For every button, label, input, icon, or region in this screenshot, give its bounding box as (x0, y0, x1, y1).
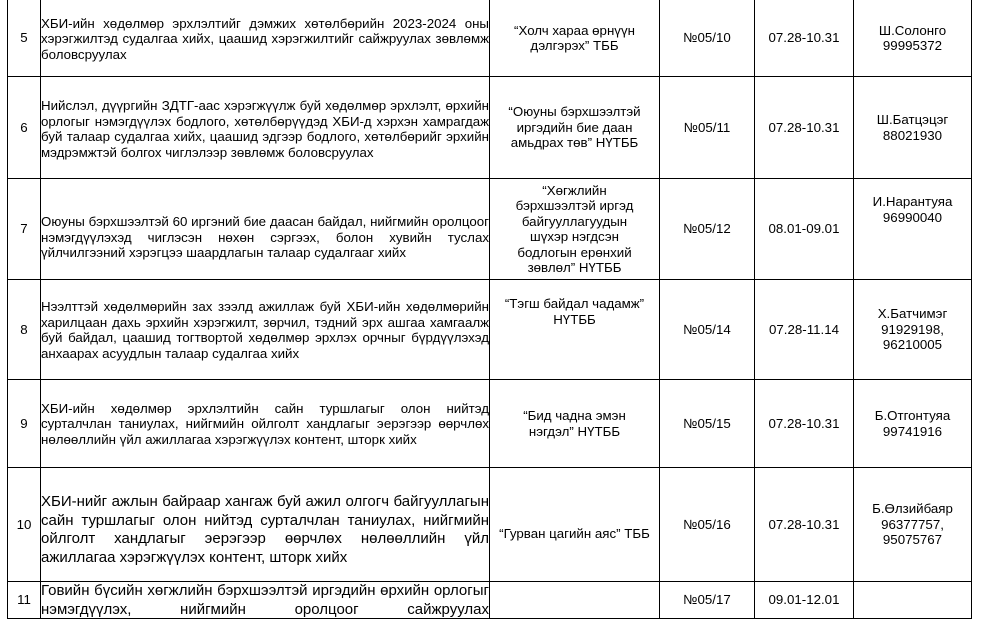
row-contact: Ш.Солонго 99995372 (854, 0, 972, 77)
row-contact: Х.Батчимэг 91929198, 96210005 (854, 280, 972, 380)
row-description: Говийн бүсийн хөгжлийн бэрхшээлтэй иргэд… (41, 582, 490, 619)
row-period: 09.01-12.01 (755, 582, 854, 619)
row-number: 9 (8, 380, 41, 468)
row-contract-number: №05/15 (660, 380, 755, 468)
row-organization (490, 582, 660, 619)
row-organization: “Оюуны бэрхшээлтэй иргэдийн бие даан амь… (490, 77, 660, 179)
table-row: 9 ХБИ-ийн хөдөлмөр эрхлэлтийн сайн туршл… (8, 380, 972, 468)
row-number: 6 (8, 77, 41, 179)
row-contact (854, 582, 972, 619)
row-description: Нээлттэй хөдөлмөрийн зах зээлд ажиллаж б… (41, 280, 490, 380)
table-row: 6 Нийслэл, дүүргийн ЗДТГ-аас хэрэгжүүлж … (8, 77, 972, 179)
row-description: Оюуны бэрхшээлтэй 60 иргэний бие даасан … (41, 179, 490, 280)
row-number: 8 (8, 280, 41, 380)
row-number: 11 (8, 582, 41, 619)
row-period: 07.28-11.14 (755, 280, 854, 380)
row-description-clip: Говийн бүсийн хөгжлийн бэрхшээлтэй иргэд… (41, 582, 489, 618)
row-period: 07.28-10.31 (755, 0, 854, 77)
row-description: ХБИ-ийн хөдөлмөр эрхлэлтийг дэмжих хөтөл… (41, 0, 490, 77)
table-row: 7 Оюуны бэрхшээлтэй 60 иргэний бие дааса… (8, 179, 972, 280)
row-organization: “Гурван цагийн аяс” ТББ (490, 468, 660, 582)
table-row: 10 ХБИ-нийг ажлын байраар хангаж буй ажи… (8, 468, 972, 582)
row-description: ХБИ-ийн хөдөлмөр эрхлэлтийн сайн туршлаг… (41, 380, 490, 468)
row-contract-number: №05/12 (660, 179, 755, 280)
row-contact: Б.Өлзийбаяр 96377757, 95075767 (854, 468, 972, 582)
table-row: 11 Говийн бүсийн хөгжлийн бэрхшээлтэй ир… (8, 582, 972, 619)
table-row: 8 Нээлттэй хөдөлмөрийн зах зээлд ажиллаж… (8, 280, 972, 380)
row-description: Нийслэл, дүүргийн ЗДТГ-аас хэрэгжүүлж бу… (41, 77, 490, 179)
row-organization: “Холч хараа өрнүүн дэлгэрэх” ТББ (490, 0, 660, 77)
row-period: 08.01-09.01 (755, 179, 854, 280)
contracts-table: 5 ХБИ-ийн хөдөлмөр эрхлэлтийг дэмжих хөт… (7, 0, 972, 619)
row-number: 7 (8, 179, 41, 280)
row-organization: “Хөгжлийн бэрхшээлтэй иргэд байгууллагуу… (490, 179, 660, 280)
row-contact: Б.Отгонтуяа 99741916 (854, 380, 972, 468)
row-period: 07.28-10.31 (755, 77, 854, 179)
row-contract-number: №05/10 (660, 0, 755, 77)
row-contact: Ш.Батцэцэг 88021930 (854, 77, 972, 179)
row-contract-number: №05/11 (660, 77, 755, 179)
row-number: 5 (8, 0, 41, 77)
row-number: 10 (8, 468, 41, 582)
row-contract-number: №05/16 (660, 468, 755, 582)
table-row: 5 ХБИ-ийн хөдөлмөр эрхлэлтийг дэмжих хөт… (8, 0, 972, 77)
row-description: ХБИ-нийг ажлын байраар хангаж буй ажил о… (41, 468, 490, 582)
row-organization: “Бид чадна эмэн нэгдэл” НҮТББ (490, 380, 660, 468)
row-organization: “Тэгш байдал чадамж” НҮТББ (490, 280, 660, 380)
row-contract-number: №05/14 (660, 280, 755, 380)
row-contact: И.Нарантуяа 96990040 (854, 179, 972, 280)
row-period: 07.28-10.31 (755, 380, 854, 468)
row-period: 07.28-10.31 (755, 468, 854, 582)
row-contract-number: №05/17 (660, 582, 755, 619)
